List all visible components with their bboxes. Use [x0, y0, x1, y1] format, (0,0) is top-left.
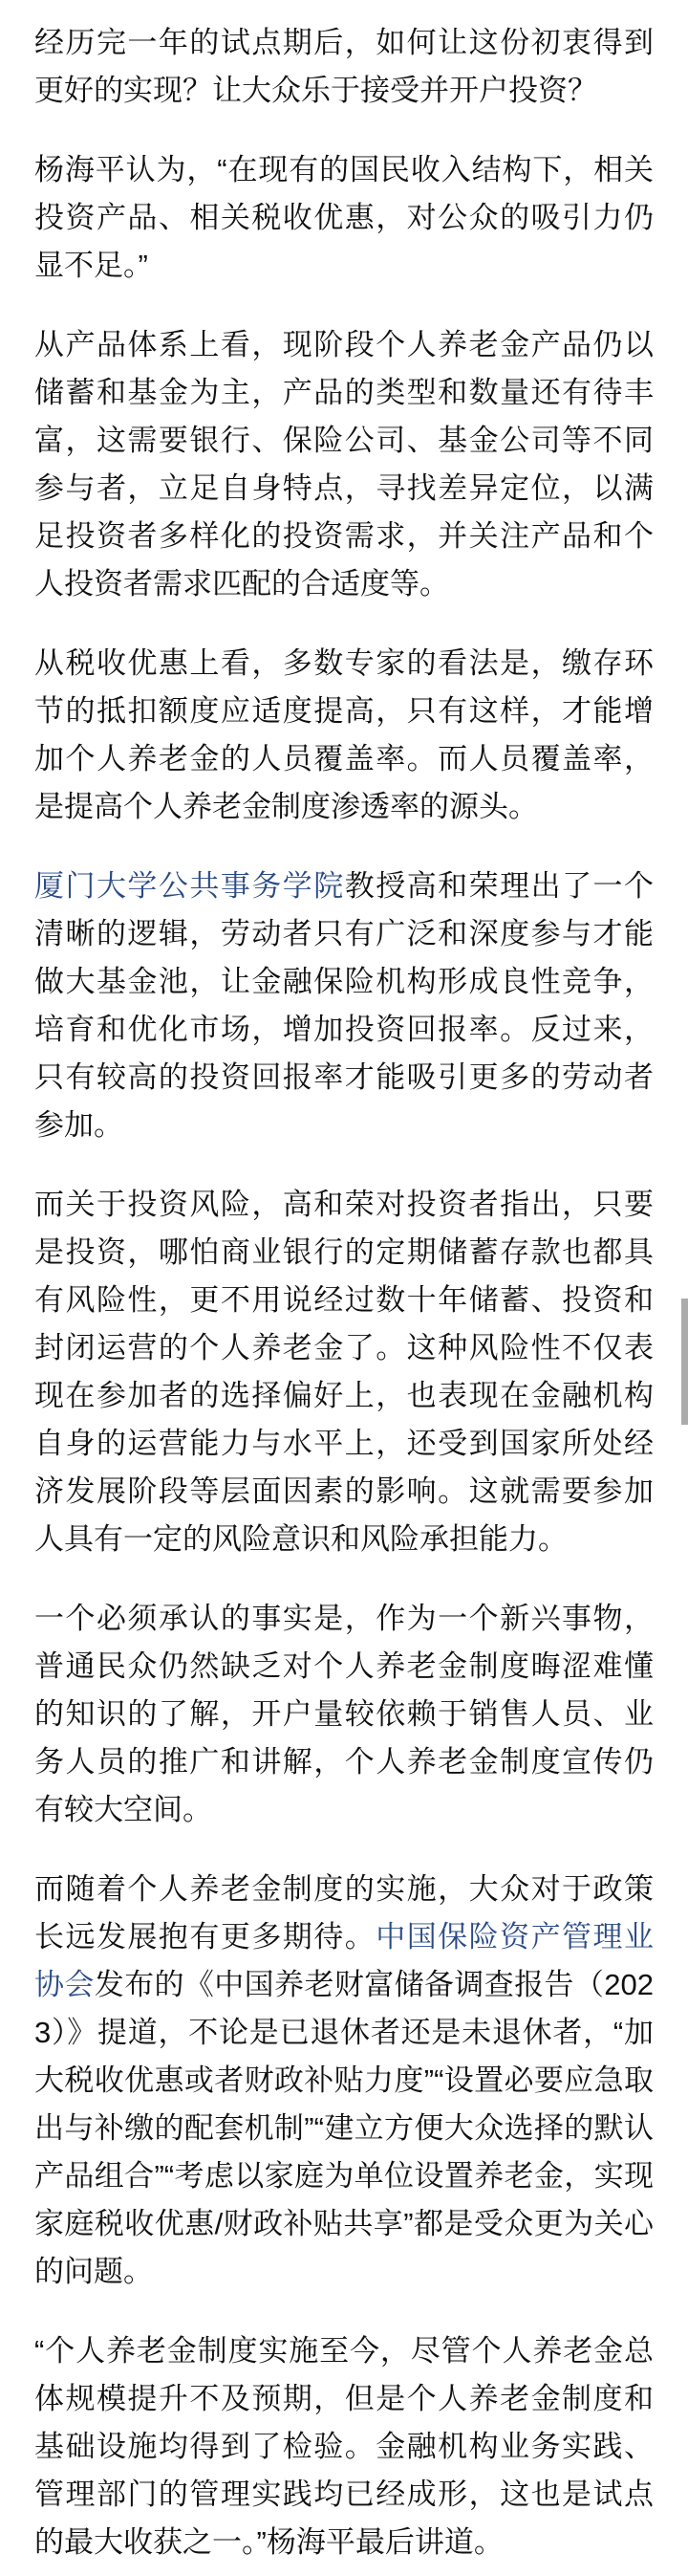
paragraph-text: 发布的《中国养老财富储备调查报告（2023）》提道，不论是已退休者还是未退休者，… [34, 1968, 654, 2288]
paragraph-2: 杨海平认为，“在现有的国民收入结构下，相关投资产品、相关税收优惠，对公众的吸引力… [34, 146, 654, 290]
paragraph-1: 经历完一年的试点期后，如何让这份初衷得到更好的实现？让大众乐于接受并开户投资？ [34, 19, 654, 115]
paragraph-9: “个人养老金制度实施至今，尽管个人养老金总体规模提升不及预期，但是个人养老金制度… [34, 2327, 654, 2566]
paragraph-text: 而关于投资风险，高和荣对投资者指出，只要是投资，哪怕商业银行的定期储蓄存款也都具… [34, 1188, 654, 1556]
paragraph-text: 一个必须承认的事实是，作为一个新兴事物，普通民众仍然缺乏对个人养老金制度晦涩难懂… [34, 1602, 654, 1826]
paragraph-text: “个人养老金制度实施至今，尽管个人养老金总体规模提升不及预期，但是个人养老金制度… [34, 2334, 654, 2559]
paragraph-4: 从税收优惠上看，多数专家的看法是，缴存环节的抵扣额度应适度提高，只有这样，才能增… [34, 640, 654, 831]
paragraph-text: 从产品体系上看，现阶段个人养老金产品仍以储蓄和基金为主，产品的类型和数量还有待丰… [34, 328, 654, 600]
article-page: 经历完一年的试点期后，如何让这份初衷得到更好的实现？让大众乐于接受并开户投资？ … [0, 0, 688, 2576]
paragraph-8: 而随着个人养老金制度的实施，大众对于政策长远发展抱有更多期待。中国保险资产管理业… [34, 1866, 654, 2296]
article-body: 经历完一年的试点期后，如何让这份初衷得到更好的实现？让大众乐于接受并开户投资？ … [0, 0, 688, 2566]
paragraph-text: 杨海平认为，“在现有的国民收入结构下，相关投资产品、相关税收优惠，对公众的吸引力… [34, 153, 654, 282]
paragraph-text: 经历完一年的试点期后，如何让这份初衷得到更好的实现？让大众乐于接受并开户投资？ [34, 26, 654, 107]
paragraph-6: 而关于投资风险，高和荣对投资者指出，只要是投资，哪怕商业银行的定期储蓄存款也都具… [34, 1181, 654, 1563]
paragraph-text: 从税收优惠上看，多数专家的看法是，缴存环节的抵扣额度应适度提高，只有这样，才能增… [34, 646, 654, 823]
paragraph-5: 厦门大学公共事务学院教授高和荣理出了一个清晰的逻辑，劳动者只有广泛和深度参与才能… [34, 862, 654, 1149]
scrollbar-thumb[interactable] [681, 1299, 688, 1425]
paragraph-text: 教授高和荣理出了一个清晰的逻辑，劳动者只有广泛和深度参与才能做大基金池，让金融保… [34, 869, 654, 1142]
paragraph-3: 从产品体系上看，现阶段个人养老金产品仍以储蓄和基金为主，产品的类型和数量还有待丰… [34, 321, 654, 608]
link-xiamen-university-school-of-public-affairs[interactable]: 厦门大学公共事务学院 [34, 869, 345, 903]
paragraph-7: 一个必须承认的事实是，作为一个新兴事物，普通民众仍然缺乏对个人养老金制度晦涩难懂… [34, 1595, 654, 1834]
